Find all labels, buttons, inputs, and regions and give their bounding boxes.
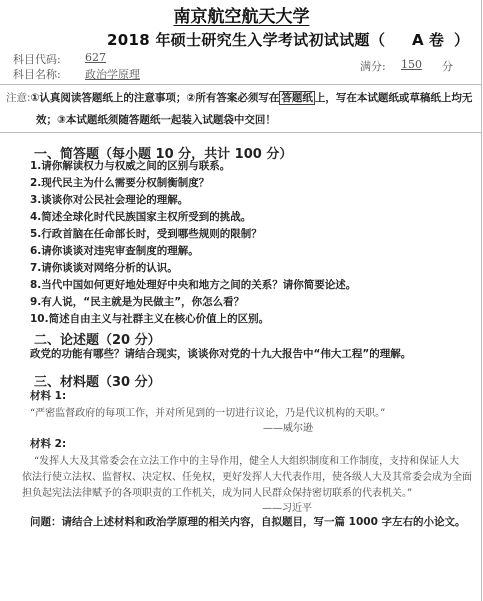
essay-question: 政党的功能有哪些？请结合现实，谈谈你对党的十九大报告中“伟大工程”的理解。 bbox=[30, 346, 411, 361]
material-1-quote: “严密监督政府的每项工作，并对所见到的一切进行议论，乃是代议机构的天职。” bbox=[30, 404, 385, 419]
notice-line-2: 效；③本试题纸须随答题纸一起装入试题袋中交回！ bbox=[36, 112, 276, 127]
exam-page: 南京航空航天大学 2018 年硕士研究生入学考试初试试题 （ A 卷 ） 科目代… bbox=[0, 0, 482, 601]
question-item: 10.简述自由主义与社群主义在核心价值上的区别。 bbox=[30, 311, 269, 326]
question-item: 2.现代民主为什么需要分权制衡制度？ bbox=[30, 175, 209, 190]
full-score-unit: 分 bbox=[442, 58, 453, 74]
subject-code-row: 科目代码: 627 bbox=[13, 51, 61, 67]
subject-name-row: 科目名称: 政治学原理 bbox=[13, 66, 61, 82]
paper-version: A 卷 bbox=[412, 29, 444, 50]
notice-line-1: 注意:①认真阅读答题纸上的注意事项；②所有答案必须写在答题纸上，写在本试题纸或草… bbox=[6, 90, 472, 105]
answer-sheet-boxed: 答题纸 bbox=[279, 91, 315, 105]
exam-title: 2018 年硕士研究生入学考试初试试题 bbox=[107, 29, 370, 50]
material-question: 问题：请结合上述材料和政治学原理的相关内容，自拟题目，写一篇 1000 字左右的… bbox=[30, 514, 466, 529]
paren-close: ） bbox=[454, 29, 469, 50]
paren-open: （ bbox=[370, 29, 385, 50]
question-item: 3.谈谈你对公民社会理论的理解。 bbox=[30, 192, 188, 207]
material-1-label: 材料 1: bbox=[30, 388, 66, 403]
material-1-attribution: ——威尔逊 bbox=[263, 419, 313, 434]
question-item: 7.请你谈谈对网络分析的认识。 bbox=[30, 260, 178, 275]
material-2-line: 担负起宪法法律赋予的各项职责的工作机关，成为同人民群众保持密切联系的代表机关。” bbox=[22, 484, 412, 499]
material-2-line: “发挥人大及其常委会在立法工作中的主导作用，健全人大组织制度和工作制度，支持和保… bbox=[34, 452, 459, 467]
material-2-line: 依法行使立法权、监督权、决定权、任免权，更好发挥人大代表作用，使各级人大及其常委… bbox=[22, 468, 472, 483]
material-2-attribution: ——习近平 bbox=[262, 499, 312, 514]
subject-code-value: 627 bbox=[85, 51, 106, 64]
subject-name-value: 政治学原理 bbox=[85, 66, 140, 82]
university-title: 南京航空航天大学 bbox=[0, 2, 483, 27]
question-item: 8.当代中国如何更好地处理好中央和地方之间的关系？请你简要论述。 bbox=[30, 277, 356, 292]
notice-lead: 注意: bbox=[6, 92, 31, 104]
full-score-label: 满分: bbox=[360, 60, 386, 73]
question-item: 4.简述全球化时代民族国家主权所受到的挑战。 bbox=[30, 209, 251, 224]
question-item: 6.请你谈谈对违宪审查制度的理解。 bbox=[30, 243, 199, 258]
full-score-value: 150 bbox=[401, 58, 422, 71]
divider bbox=[0, 132, 481, 133]
subject-code-label: 科目代码: bbox=[13, 53, 61, 66]
question-item: 9.有人说，“民主就是为民做主”，你怎么看？ bbox=[30, 294, 244, 309]
full-score-row: 满分: 150 分 bbox=[360, 58, 386, 74]
divider bbox=[0, 84, 481, 85]
question-item: 1.请你解读权力与权威之间的区别与联系。 bbox=[30, 158, 230, 173]
subject-name-label: 科目名称: bbox=[13, 68, 61, 81]
material-2-label: 材料 2: bbox=[30, 436, 66, 451]
question-item: 5.行政首脑在任命部长时，受到哪些规则的限制？ bbox=[30, 226, 262, 241]
